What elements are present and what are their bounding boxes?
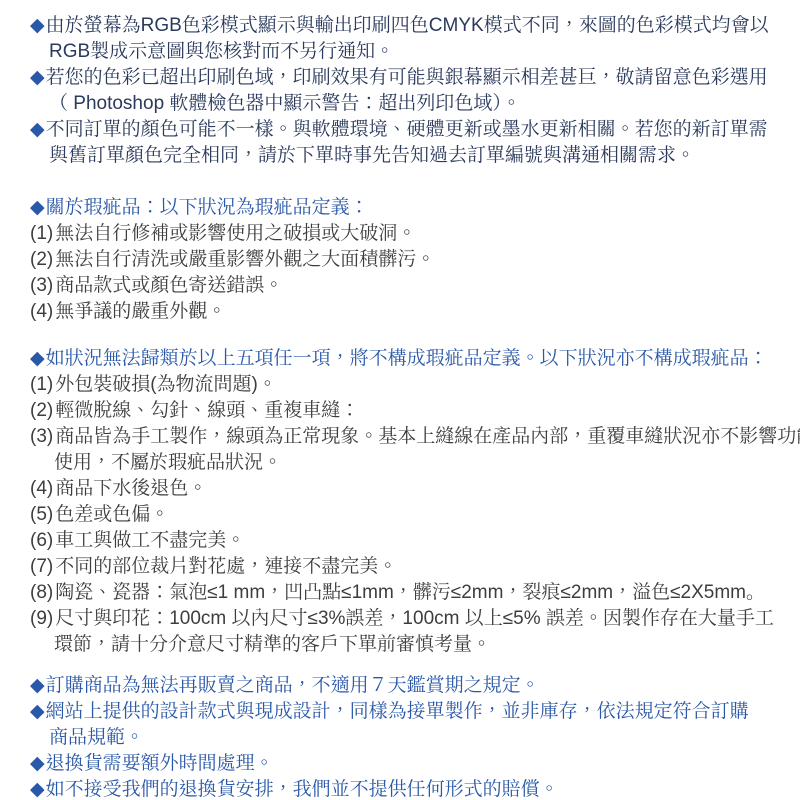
section-defect-definition: ◆關於瑕疵品：以下狀況為瑕疵品定義：(1)無法自行修補或影響使用之破損或大破洞。…: [30, 195, 796, 325]
numbered-item: (7)不同的部位裁片對花處，連接不盡完美。: [30, 554, 796, 580]
numbered-item-continuation: 使用，不屬於瑕疵品狀況。: [30, 450, 796, 476]
item-number-label: (7): [30, 556, 53, 577]
terms-document-page: ◆由於螢幕為RGB色彩模式顯示與輸出印刷四色CMYK模式不同，來圖的色彩模式均會…: [0, 0, 800, 800]
item-number-label: (4): [30, 301, 53, 322]
section-order-policy: ◆訂購商品為無法再販賣之商品，不適用７天鑑賞期之規定。◆網站上提供的設計款式與現…: [30, 673, 796, 800]
line-text: 由於螢幕為RGB色彩模式顯示與輸出印刷四色CMYK模式不同，來圖的色彩模式均會以: [46, 15, 769, 36]
line-text: 尺寸與印花：100cm 以內尺寸≤3%誤差，100cm 以上≤5% 誤差。因製作…: [55, 608, 774, 629]
line-text: 色差或色偏。: [55, 504, 169, 525]
numbered-item: (1)無法自行修補或影響使用之破損或大破洞。: [30, 221, 796, 247]
bullet-item-continuation: RGB製成示意圖與您核對而不另行通知。: [30, 39, 796, 65]
numbered-item-continuation: 環節，請十分介意尺寸精準的客戶下單前審慎考量。: [30, 632, 796, 658]
diamond-bullet-icon: ◆: [30, 701, 45, 722]
line-text: 網站上提供的設計款式與現成設計，同樣為接單製作，並非庫存，依法規定符合訂購: [46, 701, 749, 722]
section-non-defect-definition: ◆如狀況無法歸類於以上五項任一項，將不構成瑕疵品定義。以下狀況亦不構成瑕疵品：(…: [30, 346, 796, 658]
bullet-item: ◆網站上提供的設計款式與現成設計，同樣為接單製作，並非庫存，依法規定符合訂購: [30, 699, 796, 725]
item-number-label: (3): [30, 275, 53, 296]
line-text: 訂購商品為無法再販賣之商品，不適用７天鑑賞期之規定。: [46, 675, 540, 696]
item-number-label: (2): [30, 400, 53, 421]
numbered-item: (8)陶瓷、瓷器：氣泡≤1 mm，凹凸點≤1mm，髒污≤2mm，裂痕≤2mm，溢…: [30, 580, 796, 606]
section-heading: ◆如狀況無法歸類於以上五項任一項，將不構成瑕疵品定義。以下狀況亦不構成瑕疵品：: [30, 346, 796, 372]
item-number-label: (1): [30, 374, 53, 395]
line-text: 環節，請十分介意尺寸精準的客戶下單前審慎考量。: [54, 634, 491, 655]
bullet-item-continuation: （ Photoshop 軟體檢色器中顯示警告：超出列印色域）。: [30, 91, 796, 117]
line-text: 如不接受我們的退換貨安排，我們並不提供任何形式的賠償。: [46, 779, 559, 800]
diamond-bullet-icon: ◆: [30, 67, 45, 88]
bullet-item-continuation: 與舊訂單顏色完全相同，請於下單時事先告知過去訂單編號與溝通相關需求。: [30, 143, 796, 169]
numbered-item: (5)色差或色偏。: [30, 502, 796, 528]
line-text: 陶瓷、瓷器：氣泡≤1 mm，凹凸點≤1mm，髒污≤2mm，裂痕≤2mm，溢色≤2…: [55, 582, 765, 603]
item-number-label: (3): [30, 426, 53, 447]
bullet-item: ◆退換貨需要額外時間處理。: [30, 751, 796, 777]
diamond-bullet-icon: ◆: [30, 675, 45, 696]
line-text: 無法自行清洗或嚴重影響外觀之大面積髒污。: [55, 249, 435, 270]
line-text: （ Photoshop 軟體檢色器中顯示警告：超出列印色域）。: [49, 93, 521, 114]
line-text: 與舊訂單顏色完全相同，請於下單時事先告知過去訂單編號與溝通相關需求。: [49, 145, 695, 166]
line-text: 關於瑕疵品：以下狀況為瑕疵品定義：: [46, 197, 369, 218]
item-number-label: (4): [30, 478, 53, 499]
item-number-label: (1): [30, 223, 53, 244]
item-number-label: (9): [30, 608, 53, 629]
bullet-item: ◆由於螢幕為RGB色彩模式顯示與輸出印刷四色CMYK模式不同，來圖的色彩模式均會…: [30, 13, 796, 39]
line-text: 商品下水後退色。: [55, 478, 207, 499]
line-text: 如狀況無法歸類於以上五項任一項，將不構成瑕疵品定義。以下狀況亦不構成瑕疵品：: [46, 348, 768, 369]
item-number-label: (8): [30, 582, 53, 603]
bullet-item-continuation: 商品規範。: [30, 725, 796, 751]
numbered-item: (4)無爭議的嚴重外觀。: [30, 299, 796, 325]
line-text: 使用，不屬於瑕疵品狀況。: [54, 452, 282, 473]
line-text: 無法自行修補或影響使用之破損或大破洞。: [55, 223, 416, 244]
numbered-item: (2)輕微脫線、勾針、線頭、重複車縫：: [30, 398, 796, 424]
diamond-bullet-icon: ◆: [30, 753, 45, 774]
line-text: 退換貨需要額外時間處理。: [46, 753, 274, 774]
diamond-bullet-icon: ◆: [30, 15, 45, 36]
line-text: 外包裝破損(為物流問題)。: [55, 374, 277, 395]
diamond-bullet-icon: ◆: [30, 119, 45, 140]
numbered-item: (1)外包裝破損(為物流問題)。: [30, 372, 796, 398]
section-color-mode-notice: ◆由於螢幕為RGB色彩模式顯示與輸出印刷四色CMYK模式不同，來圖的色彩模式均會…: [30, 13, 796, 169]
terms-document: ◆由於螢幕為RGB色彩模式顯示與輸出印刷四色CMYK模式不同，來圖的色彩模式均會…: [30, 13, 796, 800]
line-text: 輕微脫線、勾針、線頭、重複車縫：: [55, 400, 359, 421]
diamond-bullet-icon: ◆: [30, 779, 45, 800]
section-heading: ◆關於瑕疵品：以下狀況為瑕疵品定義：: [30, 195, 796, 221]
line-text: 車工與做工不盡完美。: [55, 530, 245, 551]
bullet-item: ◆訂購商品為無法再販賣之商品，不適用７天鑑賞期之規定。: [30, 673, 796, 699]
line-text: 商品皆為手工製作，線頭為正常現象。基本上縫線在產品內部，重覆車縫狀況亦不影響功能: [55, 426, 800, 447]
bullet-item: ◆不同訂單的顏色可能不一樣。與軟體環境、硬體更新或墨水更新相關。若您的新訂單需: [30, 117, 796, 143]
numbered-item: (3)商品皆為手工製作，線頭為正常現象。基本上縫線在產品內部，重覆車縫狀況亦不影…: [30, 424, 796, 450]
bullet-item: ◆若您的色彩已超出印刷色域，印刷效果有可能與銀幕顯示相差甚巨，敬請留意色彩選用: [30, 65, 796, 91]
item-number-label: (5): [30, 504, 53, 525]
diamond-bullet-icon: ◆: [30, 348, 45, 369]
numbered-item: (2)無法自行清洗或嚴重影響外觀之大面積髒污。: [30, 247, 796, 273]
numbered-item: (4)商品下水後退色。: [30, 476, 796, 502]
numbered-item: (3)商品款式或顏色寄送錯誤。: [30, 273, 796, 299]
line-text: RGB製成示意圖與您核對而不另行通知。: [49, 41, 394, 62]
line-text: 商品規範。: [49, 727, 144, 748]
numbered-item: (6)車工與做工不盡完美。: [30, 528, 796, 554]
line-text: 不同的部位裁片對花處，連接不盡完美。: [55, 556, 397, 577]
item-number-label: (6): [30, 530, 53, 551]
bullet-item: ◆如不接受我們的退換貨安排，我們並不提供任何形式的賠償。: [30, 777, 796, 800]
item-number-label: (2): [30, 249, 53, 270]
diamond-bullet-icon: ◆: [30, 197, 45, 218]
line-text: 若您的色彩已超出印刷色域，印刷效果有可能與銀幕顯示相差甚巨，敬請留意色彩選用: [46, 67, 768, 88]
line-text: 商品款式或顏色寄送錯誤。: [55, 275, 283, 296]
line-text: 無爭議的嚴重外觀。: [55, 301, 226, 322]
line-text: 不同訂單的顏色可能不一樣。與軟體環境、硬體更新或墨水更新相關。若您的新訂單需: [46, 119, 768, 140]
numbered-item: (9)尺寸與印花：100cm 以內尺寸≤3%誤差，100cm 以上≤5% 誤差。…: [30, 606, 796, 632]
